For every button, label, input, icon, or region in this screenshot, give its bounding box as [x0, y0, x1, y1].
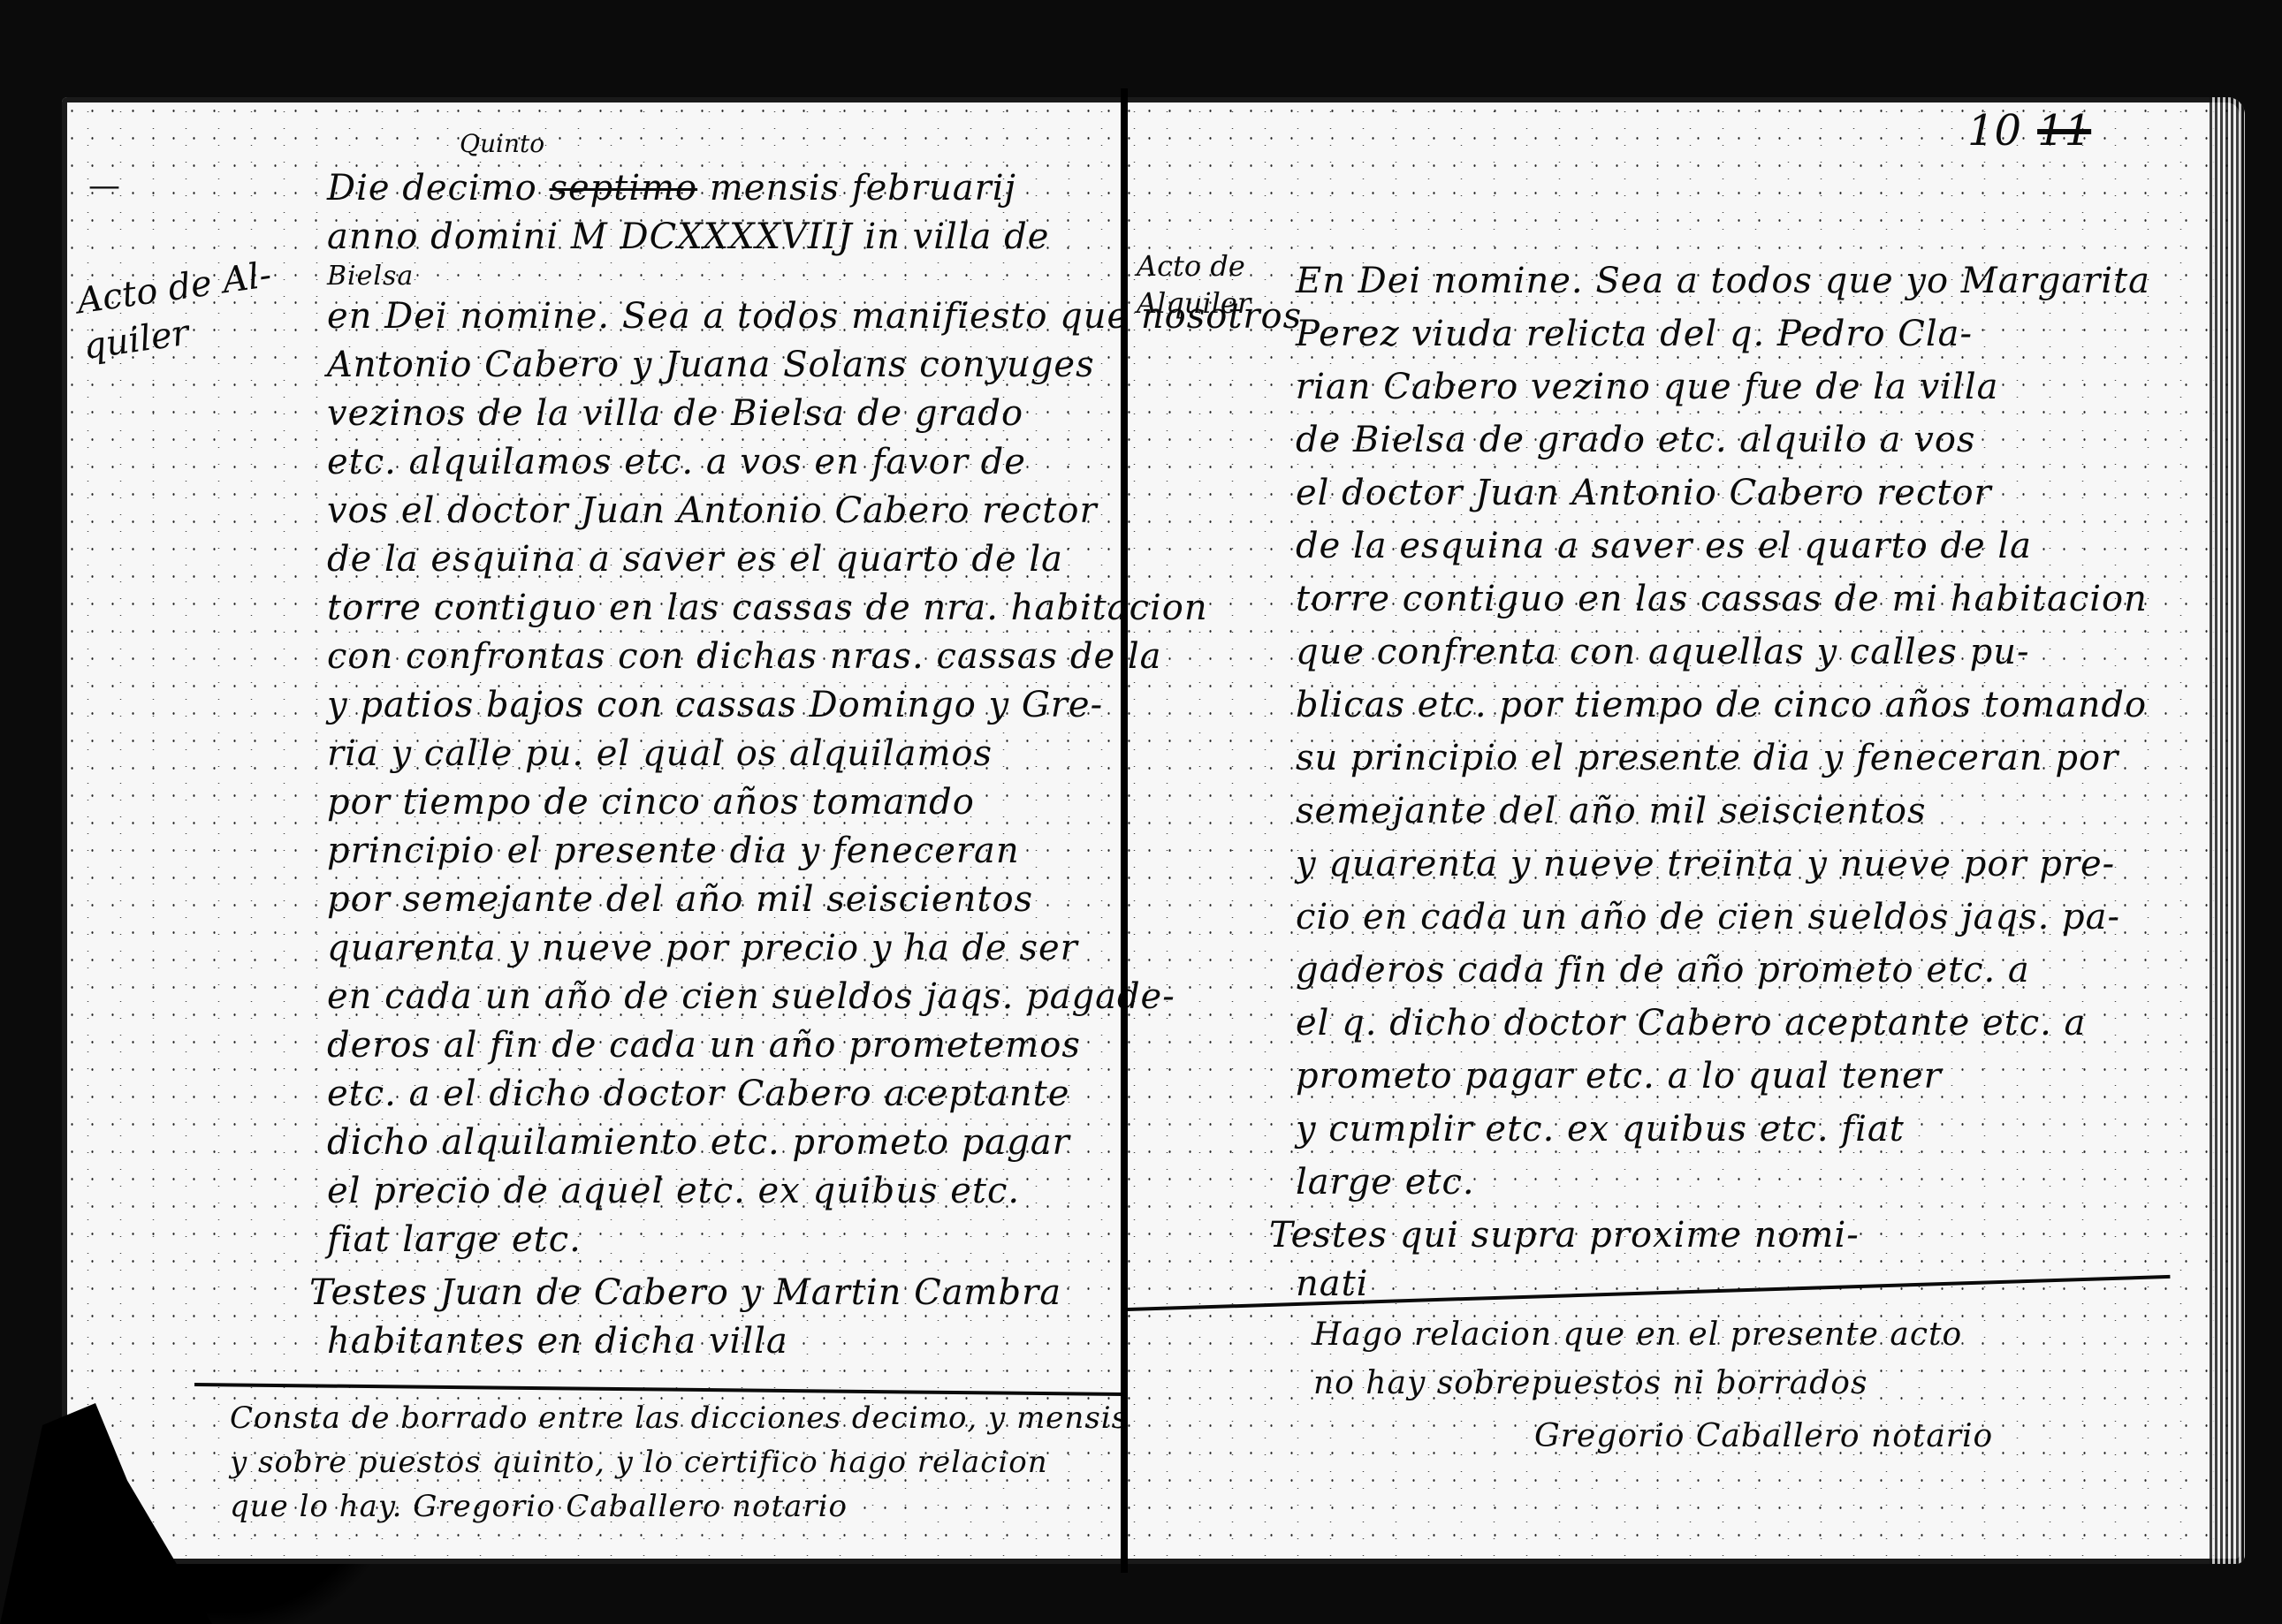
- text-line: torre contiguo en las cassas de mi habit…: [1296, 579, 2148, 619]
- left-page: Quinto Acto de Al- quiler Die decimo sep…: [62, 97, 1121, 1564]
- text-line: de la esquina a saver es el quarto de la: [1296, 526, 2032, 566]
- text-line: y patios bajos con cassas Domingo y Gre-: [327, 685, 1103, 725]
- text-line: fiat large etc.: [327, 1219, 582, 1260]
- text-line: etc. alquilamos etc. a vos en favor de: [327, 442, 1026, 482]
- text-line: nati: [1296, 1264, 1368, 1304]
- folio-crossed-out: 11: [2037, 106, 2091, 156]
- page-gutter: [1121, 88, 1128, 1573]
- folio-number: 1011: [1967, 106, 2091, 156]
- text-line: por tiempo de cinco años tomando: [327, 782, 975, 823]
- text-line: de la esquina a saver es el quarto de la: [327, 539, 1063, 580]
- text-line: prometo pagar etc. a lo qual tener: [1296, 1056, 1942, 1097]
- text-line: Perez viuda relicta del q. Pedro Cla-: [1296, 314, 1973, 354]
- text-line: etc. a el dicho doctor Cabero aceptante: [327, 1074, 1069, 1114]
- footer-note-line: y sobre puestos quinto, y lo certifico h…: [230, 1445, 1048, 1480]
- text-line: su principio el presente dia y feneceran…: [1296, 738, 2118, 778]
- text-line: por semejante del año mil seiscientos: [327, 879, 1033, 920]
- separator-rule: [1128, 1275, 2171, 1311]
- text-line: vezinos de la villa de Bielsa de grado: [327, 393, 1023, 434]
- margin-note-left: Acto de Al- quiler: [74, 252, 281, 370]
- text-line: torre contiguo en las cassas de nra. hab…: [327, 588, 1208, 628]
- separator-rule: [194, 1383, 1122, 1396]
- manuscript-spread: — Quinto Acto de Al- quiler Die decimo s…: [62, 97, 2245, 1564]
- right-page: 1011 Acto de Alquiler En Dei nomine. Sea…: [1128, 97, 2245, 1564]
- text-line: y cumplir etc. ex quibus etc. fiat: [1296, 1109, 1905, 1150]
- text-line: gaderos cada fin de año prometo etc. a: [1296, 950, 2030, 990]
- text-line: el doctor Juan Antonio Cabero rector: [1296, 473, 1992, 513]
- text-line: vos el doctor Juan Antonio Cabero rector: [327, 490, 1098, 531]
- text-line: y quarenta y nueve treinta y nueve por p…: [1296, 844, 2115, 884]
- text-line: Testes Juan de Cabero y Martin Cambra: [309, 1272, 1061, 1313]
- text-line: dicho alquilamiento etc. prometo pagar: [327, 1122, 1070, 1163]
- text-line: principio el presente dia y feneceran: [327, 831, 1020, 871]
- footer-note-line: Gregorio Caballero notario: [1534, 1418, 1993, 1454]
- text-line: rian Cabero vezino que fue de la villa: [1296, 367, 1998, 407]
- text-line: Antonio Cabero y Juana Solans conyuges: [327, 345, 1095, 385]
- margin-note-right: Acto de Alquiler: [1137, 247, 1251, 322]
- text-line: ria y calle pu. el qual os alquilamos: [327, 733, 993, 774]
- text-line: En Dei nomine. Sea a todos que yo Margar…: [1296, 261, 2150, 301]
- text-line: anno domini M DCXXXXVIIJ in villa de: [327, 216, 1049, 257]
- text-line: que confrenta con aquellas y calles pu-: [1296, 632, 2029, 672]
- footer-note-line: que lo hay. Gregorio Caballero notario: [230, 1489, 848, 1524]
- struck-word: septimo: [549, 168, 697, 209]
- line-text: mensis februarij: [697, 168, 1016, 209]
- text-line: habitantes en dicha villa: [327, 1321, 788, 1362]
- text-line: de Bielsa de grado etc. alquilo a vos: [1296, 420, 1975, 460]
- text-line: en cada un año de cien sueldos jaqs. pag…: [327, 976, 1175, 1017]
- text-line: quarenta y nueve por precio y ha de ser: [327, 928, 1078, 968]
- footer-note-line: Hago relacion que en el presente acto: [1313, 1317, 1962, 1353]
- footer-note-line: no hay sobrepuestos ni borrados: [1313, 1365, 1867, 1401]
- footer-note-line: Consta de borrado entre las dicciones de…: [230, 1400, 1128, 1436]
- text-line: deros al fin de cada un año prometemos: [327, 1025, 1081, 1066]
- text-line: cio en cada un año de cien sueldos jaqs.…: [1296, 897, 2120, 937]
- text-line: large etc.: [1296, 1162, 1475, 1203]
- text-line: blicas etc. por tiempo de cinco años tom…: [1296, 685, 2147, 725]
- text-line: el q. dicho doctor Cabero aceptante etc.…: [1296, 1003, 2086, 1043]
- text-line: con confrontas con dichas nras. cassas d…: [327, 636, 1161, 677]
- text-line: el precio de aquel etc. ex quibus etc.: [327, 1171, 1020, 1211]
- text-line: Bielsa: [327, 261, 414, 292]
- text-line: Die decimo septimo mensis februarij: [327, 168, 1016, 209]
- interlinear-insert: Quinto: [460, 129, 544, 158]
- line-text: Die decimo: [327, 168, 549, 209]
- text-line: Testes qui supra proxime nomi-: [1269, 1215, 1860, 1256]
- text-line: semejante del año mil seiscientos: [1296, 791, 1927, 831]
- folio-current: 10: [1967, 106, 2021, 156]
